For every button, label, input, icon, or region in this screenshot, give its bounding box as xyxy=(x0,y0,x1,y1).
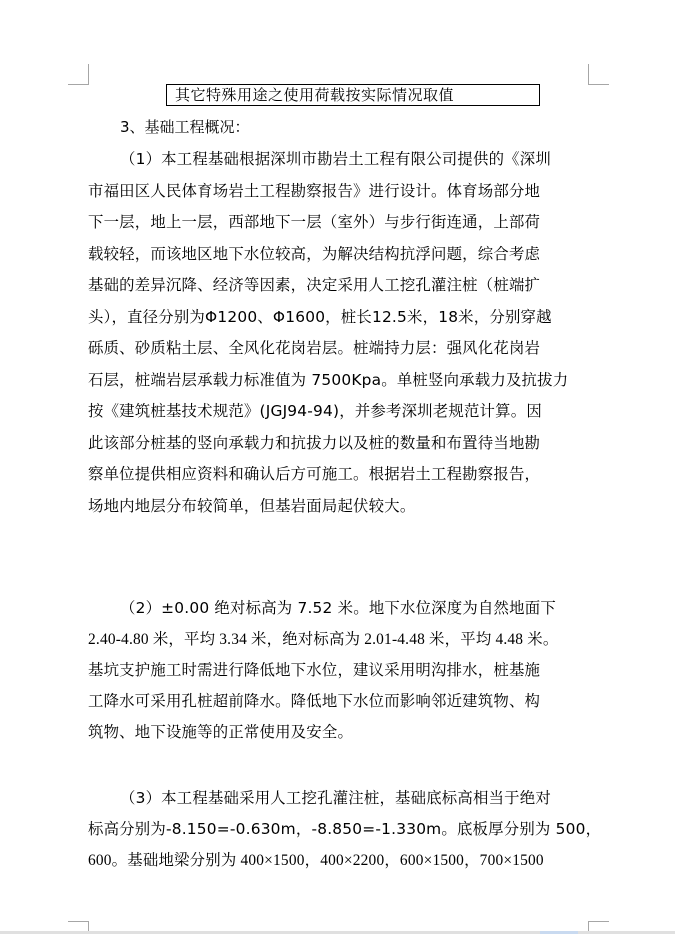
text-line: （2）±0.00 绝对标高为 7.52 米。地下水位深度为自然地面下 xyxy=(88,593,588,624)
text-line: 基坑支护施工时需进行降低地下水位，建议采用明沟排水，桩基施 xyxy=(88,655,588,686)
document-page: 其它特殊用途之使用荷载按实际情况取值 3、基础工程概况： （1）本工程基础根据深… xyxy=(0,0,675,934)
text-line: 场地内地层分布较简单，但基岩面局起伏较大。 xyxy=(88,491,588,523)
text-line: 标高分别为-8.150=-0.630m，-8.850=-1.330m。底板厚分别… xyxy=(88,814,588,845)
text-line: （3）本工程基础采用人工挖孔灌注桩，基础底标高相当于绝对 xyxy=(88,783,588,814)
text-line: 基础的差异沉降、经济等因素，决定采用人工挖孔灌注桩（桩端扩 xyxy=(88,270,588,302)
paragraph-2: （2）±0.00 绝对标高为 7.52 米。地下水位深度为自然地面下 2.40-… xyxy=(88,593,588,748)
text-line: 石层，桩端岩层承载力标准值为 7500Kpa。单桩竖向承载力及抗拔力 xyxy=(88,365,588,397)
text-line: 市福田区人民体育场岩土工程勘察报告》进行设计。体育场部分地 xyxy=(88,176,588,208)
text-line: 600。基础地梁分别为 400×1500，400×2200，600×1500，7… xyxy=(88,845,588,876)
text-line: （1）本工程基础根据深圳市勘岩土工程有限公司提供的《深圳 xyxy=(88,144,588,176)
text-line: 工降水可采用孔桩超前降水。降低地下水位而影响邻近建筑物、构 xyxy=(88,686,588,717)
paragraph-1: （1）本工程基础根据深圳市勘岩土工程有限公司提供的《深圳 市福田区人民体育场岩土… xyxy=(88,144,588,522)
text-line: 砾质、砂质粘土层、全风化花岗岩层。桩端持力层：强风化花岗岩 xyxy=(88,333,588,365)
text-line: 察单位提供相应资料和确认后方可施工。根据岩土工程勘察报告， xyxy=(88,459,588,491)
text-line: 按《建筑桩基技术规范》(JGJ94-94)，并参考深圳老规范计算。因 xyxy=(88,396,588,428)
boxed-note: 其它特殊用途之使用荷载按实际情况取值 xyxy=(166,84,540,106)
margin-corner-top-right xyxy=(588,64,609,85)
text-line: 载较轻，而该地区地下水位较高，为解决结构抗浮问题，综合考虑 xyxy=(88,239,588,271)
paragraph-3: （3）本工程基础采用人工挖孔灌注桩，基础底标高相当于绝对 标高分别为-8.150… xyxy=(88,783,588,876)
text-line: 此该部分桩基的竖向承载力和抗拔力以及桩的数量和布置待当地勘 xyxy=(88,428,588,460)
text-line: 2.40-4.80 米，平均 3.34 米，绝对标高为 2.01-4.48 米，… xyxy=(88,624,588,655)
text-line: 筑物、地下设施等的正常使用及安全。 xyxy=(88,717,588,748)
margin-corner-top-left xyxy=(68,64,89,85)
text-line: 下一层，地上一层，西部地下一层（室外）与步行街连通，上部荷 xyxy=(88,207,588,239)
text-line: 头），直径分别为Φ1200、Φ1600，桩长12.5米，18米，分别穿越 xyxy=(88,302,588,334)
section-heading: 3、基础工程概况： xyxy=(120,116,250,138)
